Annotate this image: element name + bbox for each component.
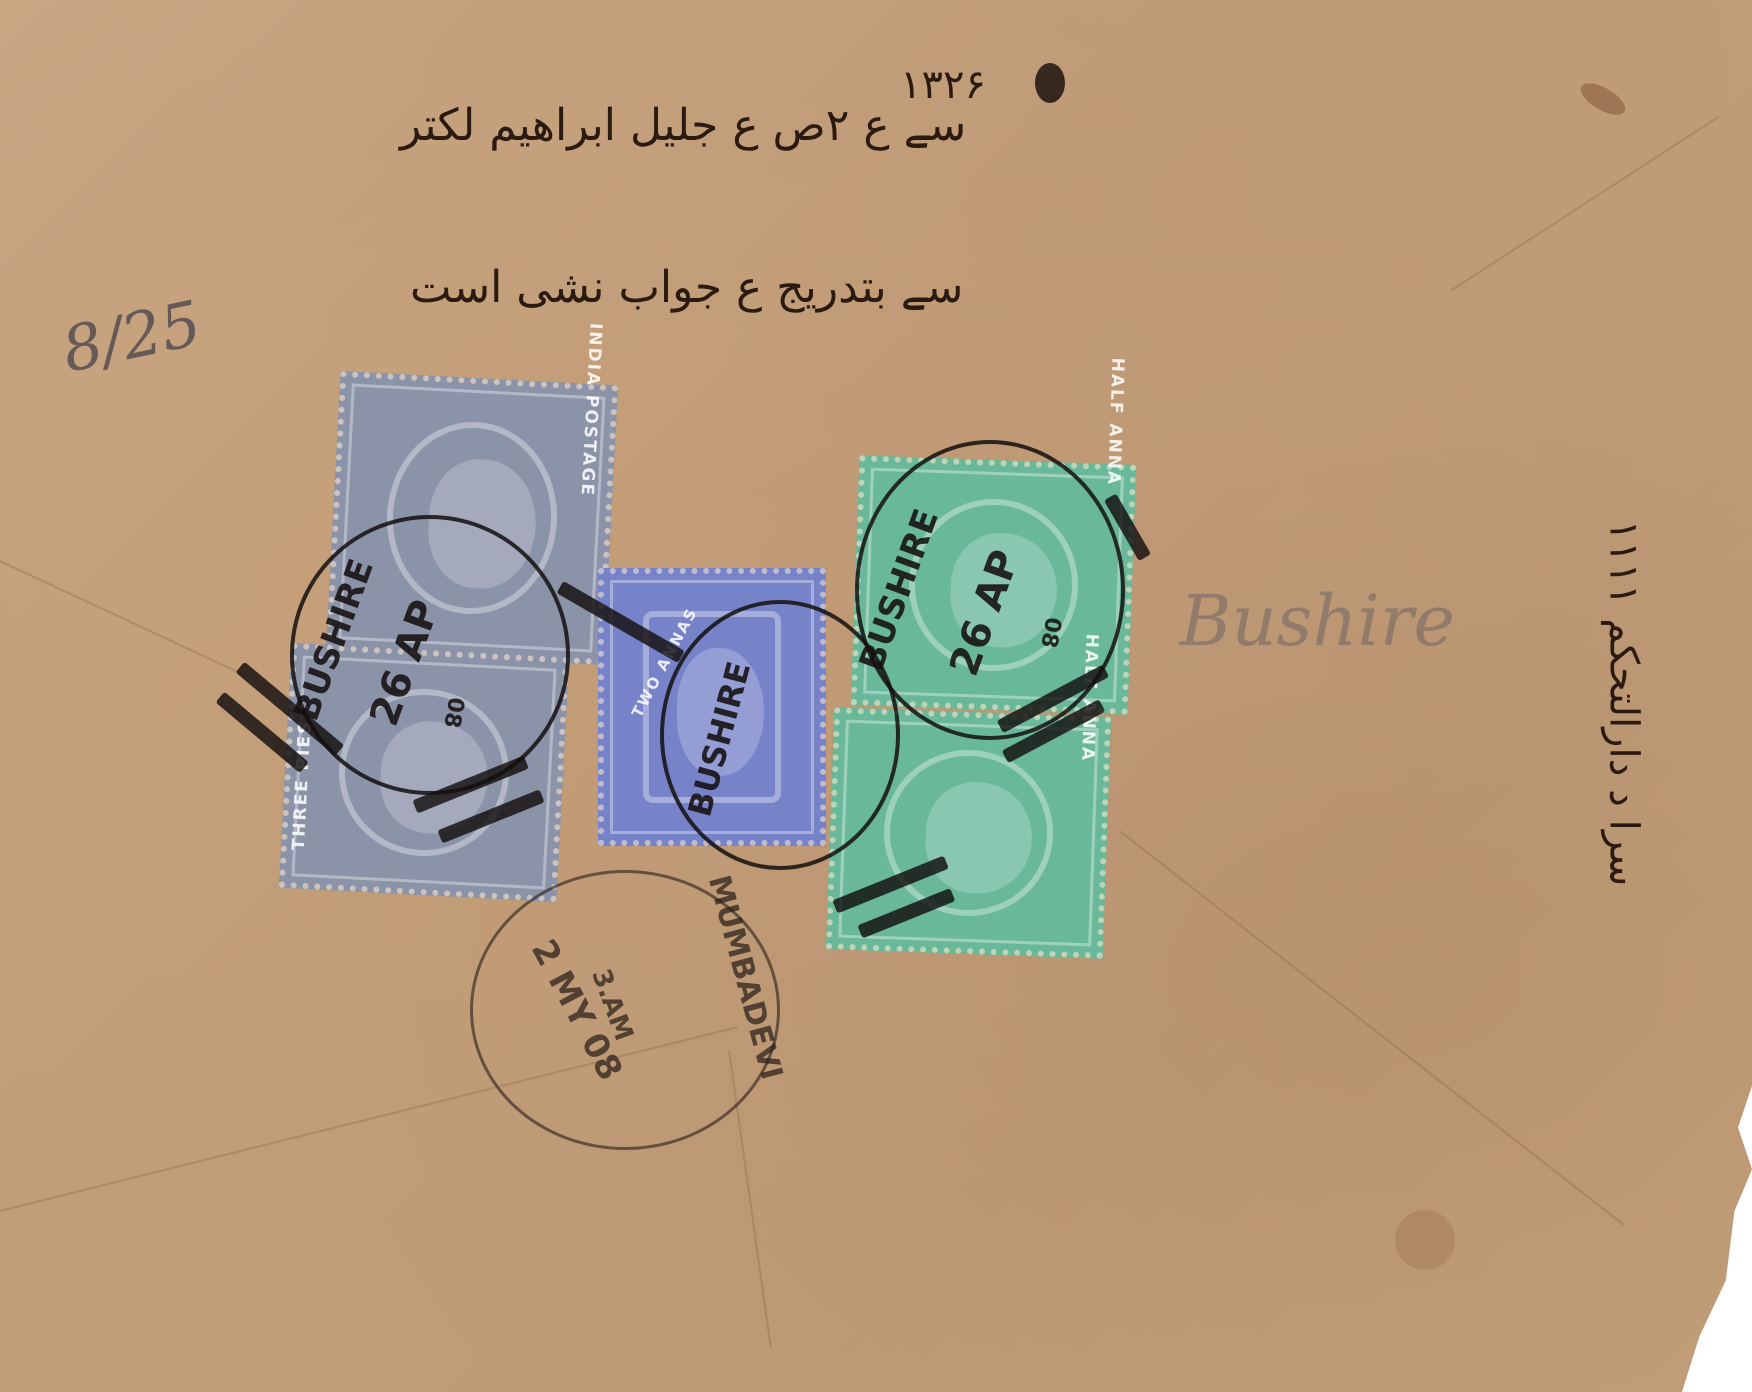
pencil-reference: 8/25	[56, 286, 207, 386]
handwritten-margin-note: سرا د دارالتحکم ۱۱۱۱	[1600, 520, 1646, 887]
postmark-year: 08	[1035, 615, 1065, 650]
ink-stain	[1035, 63, 1065, 103]
fold-line	[0, 560, 272, 689]
ink-stain	[1576, 77, 1630, 121]
water-stain	[1395, 1210, 1455, 1270]
postmark-year: 08	[438, 695, 468, 730]
fold-line	[1119, 830, 1625, 1226]
handwritten-address-line-1: سے ع ۲ص ع جلیل ابراهیم لکتر	[400, 100, 966, 151]
stamp-value: HALF ANNA	[1104, 357, 1128, 486]
handwritten-address-line-2: سے بتدریج ع جواب نشی است	[410, 262, 963, 313]
envelope: ۱۳۲۶ سے ع ۲ص ع جلیل ابراهیم لکتر سے بتدر…	[0, 0, 1752, 1392]
pencil-place-name: Bushire	[1180, 580, 1455, 662]
fold-line	[1450, 116, 1719, 292]
